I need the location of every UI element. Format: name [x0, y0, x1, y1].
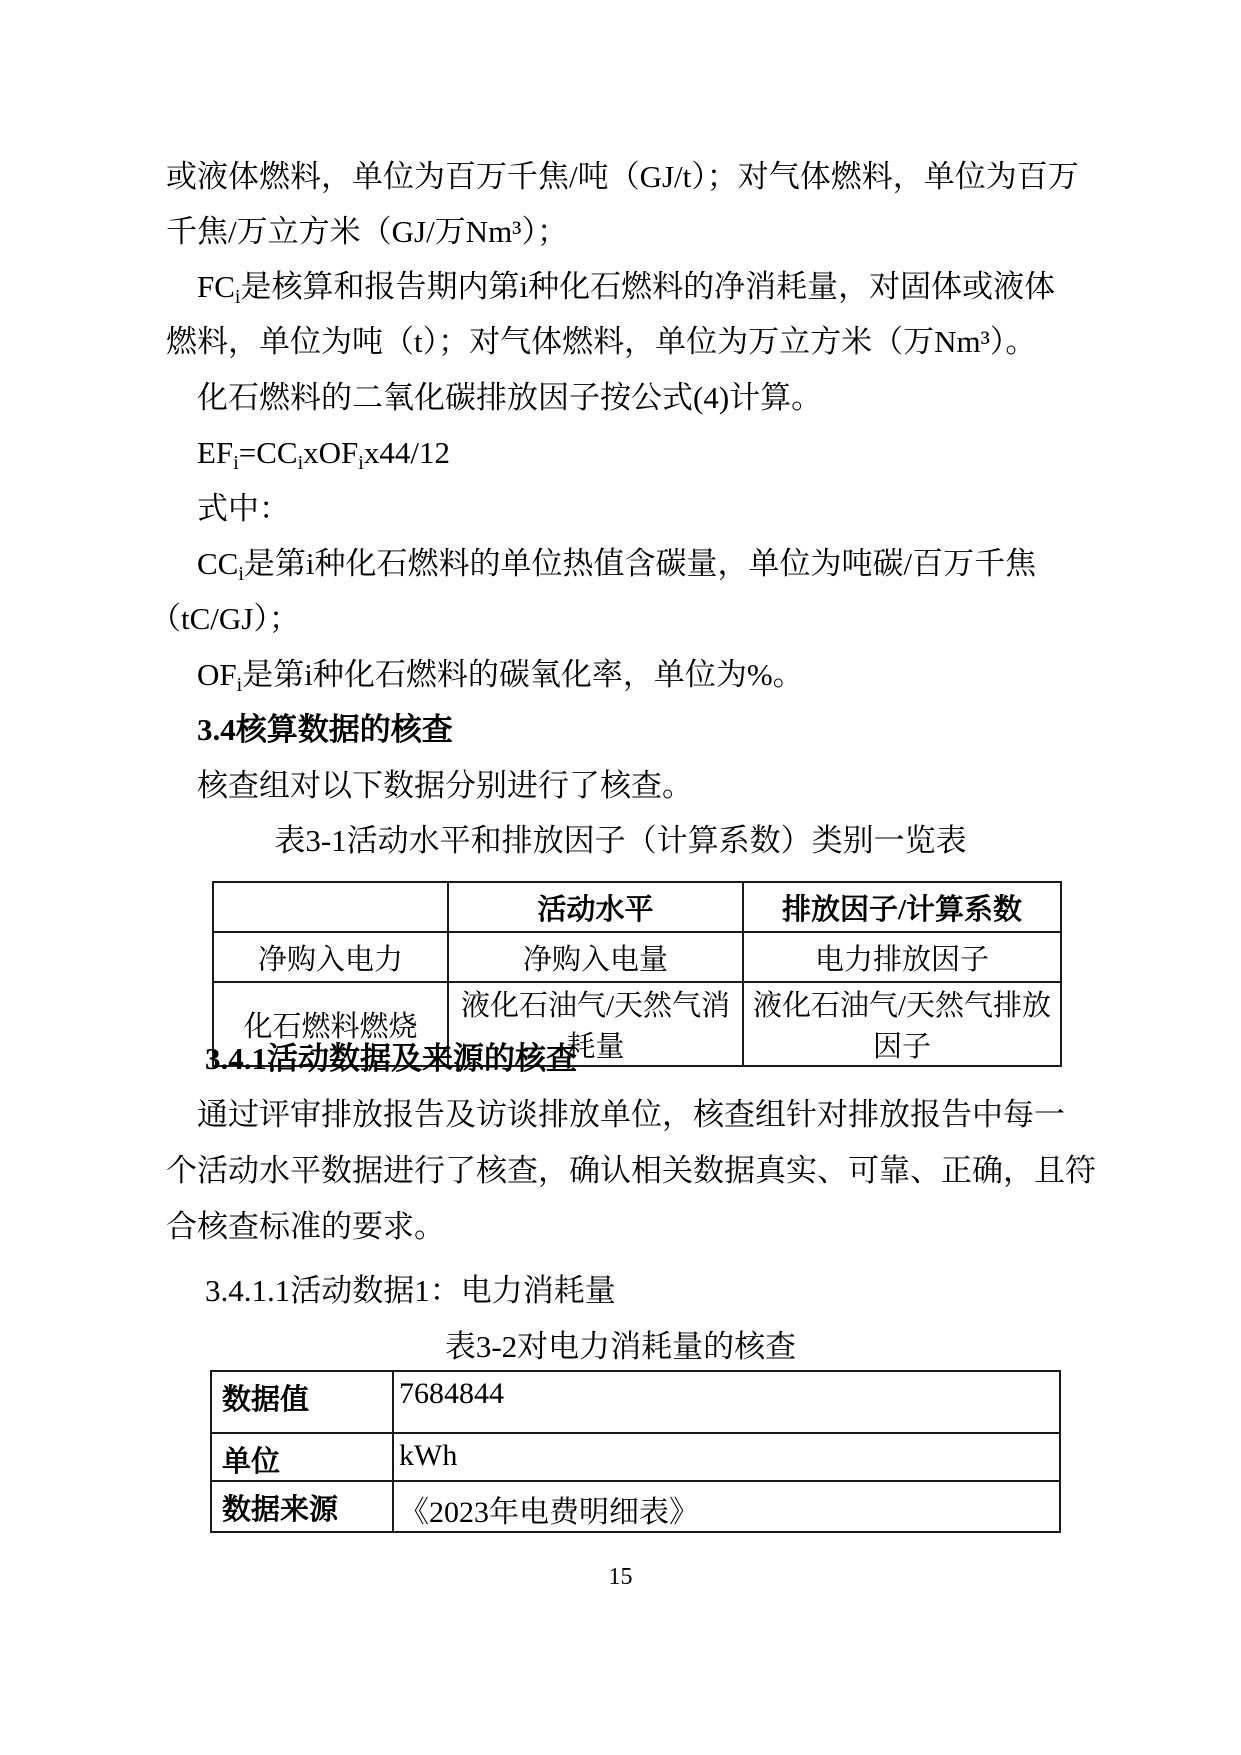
cell-label: 数据来源: [211, 1481, 393, 1532]
cc-symbol: CC: [197, 546, 238, 581]
table-header-row: 活动水平 排放因子/计算系数: [213, 882, 1061, 932]
cell-factor: 液化石油气/天然气排放因子: [743, 982, 1061, 1066]
paragraph-line: 核查组对以下数据分别进行了核查。: [197, 767, 693, 805]
paragraph-line: 式中：: [197, 490, 290, 528]
formula-part: xOF: [303, 435, 358, 470]
page-number: 15: [0, 1564, 1241, 1591]
document-page: 或液体燃料，单位为百万千焦/吨（GJ/t）；对气体燃料，单位为百万 千焦/万立方…: [0, 0, 1241, 1755]
table-row-unit: 单位 kWh: [211, 1433, 1060, 1481]
paragraph-line: 燃料，单位为吨（t）；对气体燃料，单位为万立方米（万Nm³）。: [166, 323, 1036, 361]
of-definition: 是第i种化石燃料的碳氧化率，单位为%。: [242, 657, 803, 692]
cc-definition: 是第i种化石燃料的单位热值含碳量，单位为吨碳/百万千焦: [244, 546, 1036, 581]
formula-part: x44/12: [364, 435, 450, 470]
paragraph-line: 或液体燃料，单位为百万千焦/吨（GJ/t）；对气体燃料，单位为百万: [166, 158, 1079, 196]
paragraph-line: 千焦/万立方米（GJ/万Nm³）；: [166, 213, 568, 251]
paragraph-line: 通过评审排放报告及访谈排放单位，核查组针对排放报告中每一: [197, 1096, 1065, 1134]
paragraph-line: 个活动水平数据进行了核查，确认相关数据真实、可靠、正确，且符: [166, 1152, 1096, 1190]
paragraph-line-cci: CCi是第i种化石燃料的单位热值含碳量，单位为吨碳/百万千焦: [197, 545, 1036, 583]
fc-symbol: FC: [197, 269, 235, 304]
table-row: 净购入电力 净购入电量 电力排放因子: [213, 932, 1061, 982]
cell-value: 7684844: [393, 1371, 1060, 1433]
paragraph-line: （tC/GJ）；: [150, 600, 300, 638]
header-cell-emission-factor: 排放因子/计算系数: [743, 882, 1061, 932]
section-heading-3-4: 3.4核算数据的核查: [197, 711, 453, 749]
header-cell-activity-level: 活动水平: [448, 882, 743, 932]
table-row-data-source: 数据来源 《2023年电费明细表》: [211, 1481, 1060, 1532]
header-cell-empty: [213, 882, 448, 932]
cell-label: 单位: [211, 1433, 393, 1481]
section-heading-3-4-1-1: 3.4.1.1活动数据1：电力消耗量: [205, 1272, 616, 1310]
section-heading-3-4-1: 3.4.1活动数据及来源的核查: [205, 1040, 577, 1078]
fc-definition: 是核算和报告期内第i种化石燃料的净消耗量，对固体或液体: [240, 269, 1055, 304]
cell-activity: 净购入电量: [448, 932, 743, 982]
cell-label: 数据值: [211, 1371, 393, 1433]
cell-value: kWh: [393, 1433, 1060, 1481]
cell-factor: 电力排放因子: [743, 932, 1061, 982]
cell-value: 《2023年电费明细表》: [393, 1481, 1060, 1532]
cell-category: 净购入电力: [213, 932, 448, 982]
paragraph-line-fci: FCi是核算和报告期内第i种化石燃料的净消耗量，对固体或液体: [197, 268, 1055, 306]
formula-ef: EFi=CCixOFix44/12: [197, 434, 450, 472]
formula-part: EF: [197, 435, 233, 470]
paragraph-line: 化石燃料的二氧化碳排放因子按公式(4)计算。: [197, 379, 822, 417]
formula-part: =CC: [239, 435, 298, 470]
of-symbol: OF: [197, 657, 237, 692]
paragraph-line: 合核查标准的要求。: [166, 1208, 445, 1246]
table-3-2-caption: 表3-2对电力消耗量的核查: [0, 1328, 1241, 1366]
paragraph-line-ofi: OFi是第i种化石燃料的碳氧化率，单位为%。: [197, 656, 804, 694]
table-3-2: 数据值 7684844 单位 kWh 数据来源 《2023年电费明细表》: [210, 1370, 1061, 1533]
table-3-1-caption: 表3-1活动水平和排放因子（计算系数）类别一览表: [0, 822, 1241, 860]
table-row-data-value: 数据值 7684844: [211, 1371, 1060, 1433]
